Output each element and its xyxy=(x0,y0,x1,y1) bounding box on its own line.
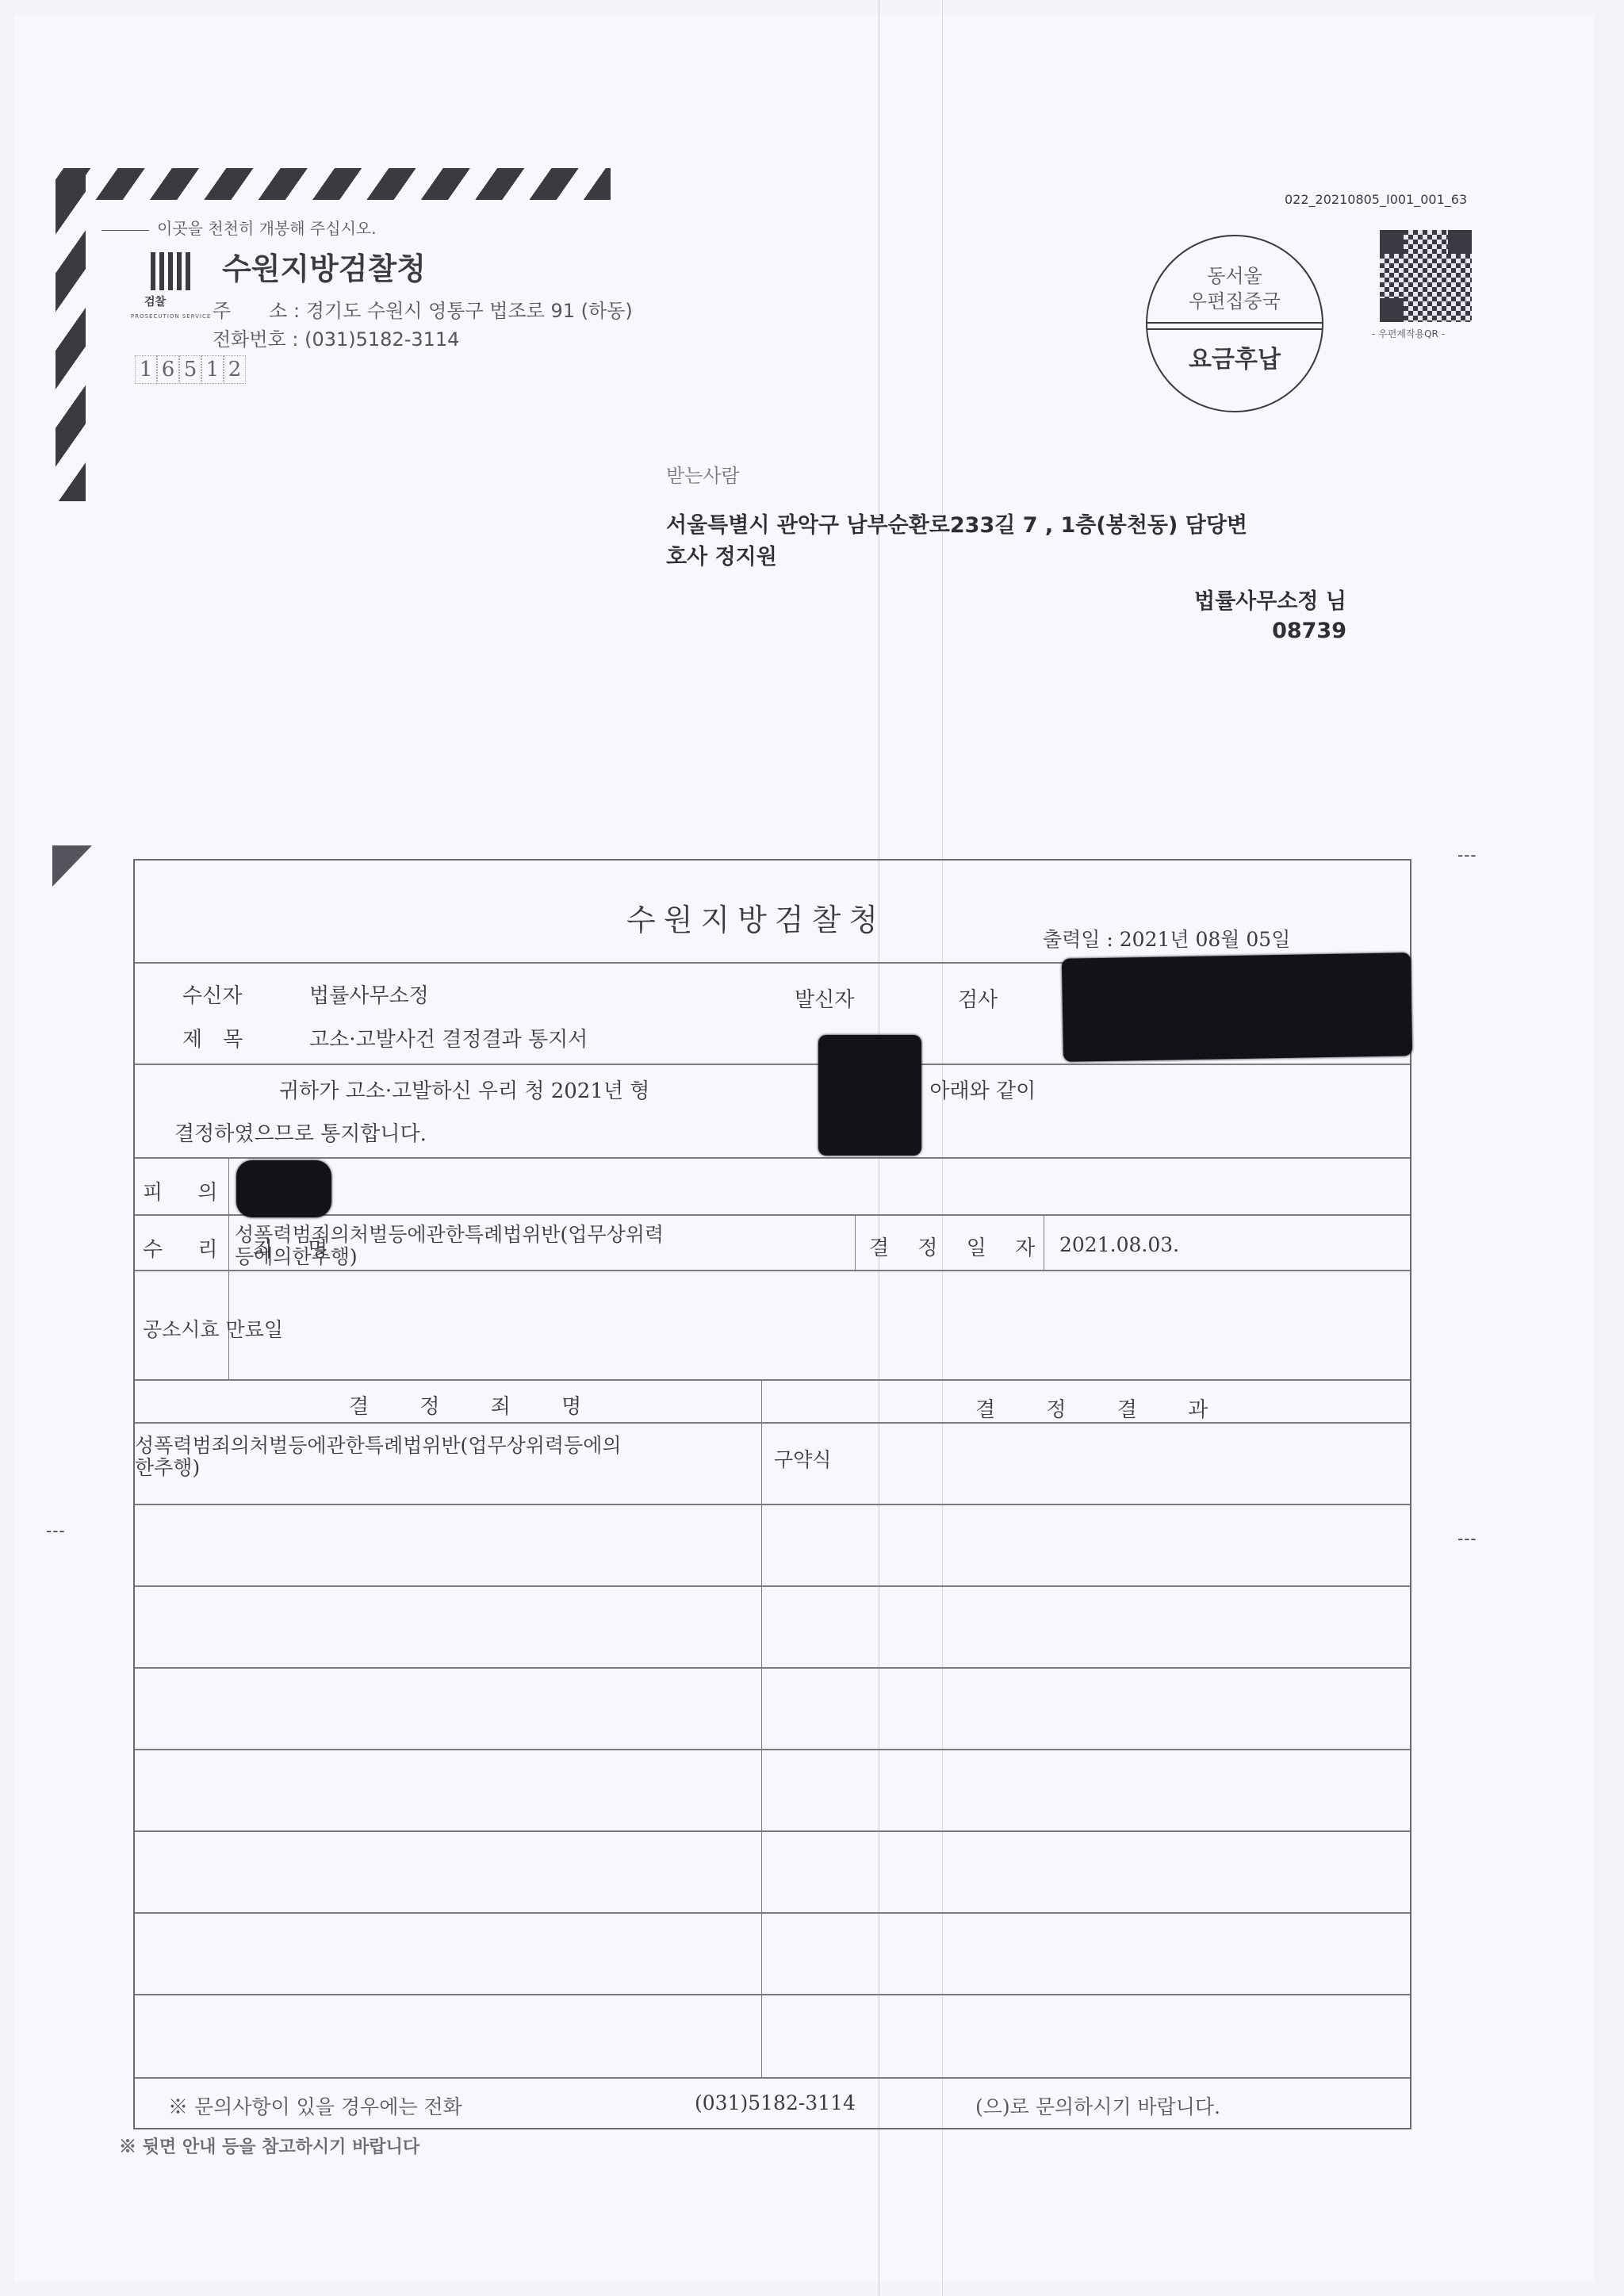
envelope-stripe-border xyxy=(56,168,86,501)
sender-address: 주 소 : 경기도 수원시 영통구 법조로 91 (하동) xyxy=(213,295,633,323)
recipient-name: 법률사무소정 님 xyxy=(1194,584,1346,615)
sender-postal-code: 1 6 5 1 2 xyxy=(135,355,246,384)
redaction-case-number xyxy=(818,1035,921,1156)
recipient-label: 받는사람 xyxy=(666,460,740,488)
redaction-prosecutor-name xyxy=(1062,953,1412,1062)
postal-digit: 1 xyxy=(135,355,157,384)
prosecution-logo-icon xyxy=(151,252,194,290)
margin-mark: --- xyxy=(1457,1529,1477,1548)
form-title: 수원지방검찰청 xyxy=(626,895,886,939)
sender-role: 검사 xyxy=(958,983,998,1013)
qr-label: - 우편제작용QR - xyxy=(1372,327,1445,340)
decision-result-cell: 구약식 xyxy=(774,1444,831,1473)
sender-phone: 전화번호 : (031)5182-3114 xyxy=(213,324,459,351)
recipient-label: 수신자 xyxy=(182,979,242,1009)
logo-subtitle: PROSECUTION SERVICE xyxy=(131,313,211,320)
decision-charge-cell-cont: 한추행) xyxy=(135,1452,200,1481)
recipient-value: 법률사무소정 xyxy=(309,979,429,1009)
recipient-address-cont: 호사 정지원 xyxy=(666,539,777,570)
postal-digit: 6 xyxy=(157,355,179,384)
footnote: ※ 뒷면 안내 등을 참고하시기 바랍니다 xyxy=(119,2133,419,2158)
margin-mark: --- xyxy=(46,1521,66,1540)
inquiry-suffix: (으)로 문의하시기 바랍니다. xyxy=(975,2091,1220,2120)
statute-label: 공소시효 만료일 xyxy=(143,1314,283,1343)
sender-label: 발신자 xyxy=(795,983,854,1013)
subject-label: 제 목 xyxy=(182,1023,243,1052)
postal-digit: 1 xyxy=(201,355,224,384)
notice-form: 수원지방검찰청 출력일 : 2021년 08월 05일 수신자 법률사무소정 발… xyxy=(133,859,1411,2129)
sender-name: 수원지방검찰청 xyxy=(222,244,426,288)
decision-result-header: 결 정 결 과 xyxy=(975,1393,1230,1423)
corner-marker-icon xyxy=(52,845,92,887)
envelope-stripe-border xyxy=(56,168,611,200)
decision-date-value: 2021.08.03. xyxy=(1059,1233,1179,1256)
cut-line-icon xyxy=(101,230,149,231)
margin-mark: --- xyxy=(1457,845,1477,864)
qr-code-icon xyxy=(1380,230,1472,322)
inquiry-text: ※ 문의사항이 있을 경우에는 전화 xyxy=(168,2091,462,2120)
logo-text: 검찰 xyxy=(144,293,166,309)
postal-digit: 2 xyxy=(224,355,246,384)
recipient-address: 서울특별시 관악구 남부순환로233길 7 , 1층(봉천동) 담당변 xyxy=(666,508,1247,539)
recipient-postal-code: 08739 xyxy=(1272,619,1346,643)
decision-charge-header: 결 정 죄 명 xyxy=(349,1390,603,1420)
subject-value: 고소·고발사건 결정결과 통지서 xyxy=(309,1023,588,1052)
redaction-suspect-name xyxy=(236,1160,331,1217)
body-text: 귀하가 고소·고발하신 우리 청 2021년 형에 관하여 아래와 같이 xyxy=(279,1075,1036,1104)
charge-value-cont: 등에의한추행) xyxy=(235,1241,358,1270)
postal-digit: 5 xyxy=(179,355,201,384)
inquiry-phone: (031)5182-3114 xyxy=(695,2091,856,2114)
body-text-line2: 결정하였으므로 통지합니다. xyxy=(174,1117,427,1147)
decision-date-label: 결 정 일 자 xyxy=(869,1232,1046,1261)
document-code: 022_20210805_I001_001_63 xyxy=(1285,192,1467,207)
decision-charge-cell: 성폭력범죄의처벌등에관한특례법위반(업무상위력등에의 xyxy=(135,1430,622,1458)
print-date: 출력일 : 2021년 08월 05일 xyxy=(1043,924,1290,953)
open-notice: 이곳을 천천히 개봉해 주십시오. xyxy=(101,216,377,239)
postage-stamp: 동서울 우편집중국 요금후납 xyxy=(1146,235,1323,412)
